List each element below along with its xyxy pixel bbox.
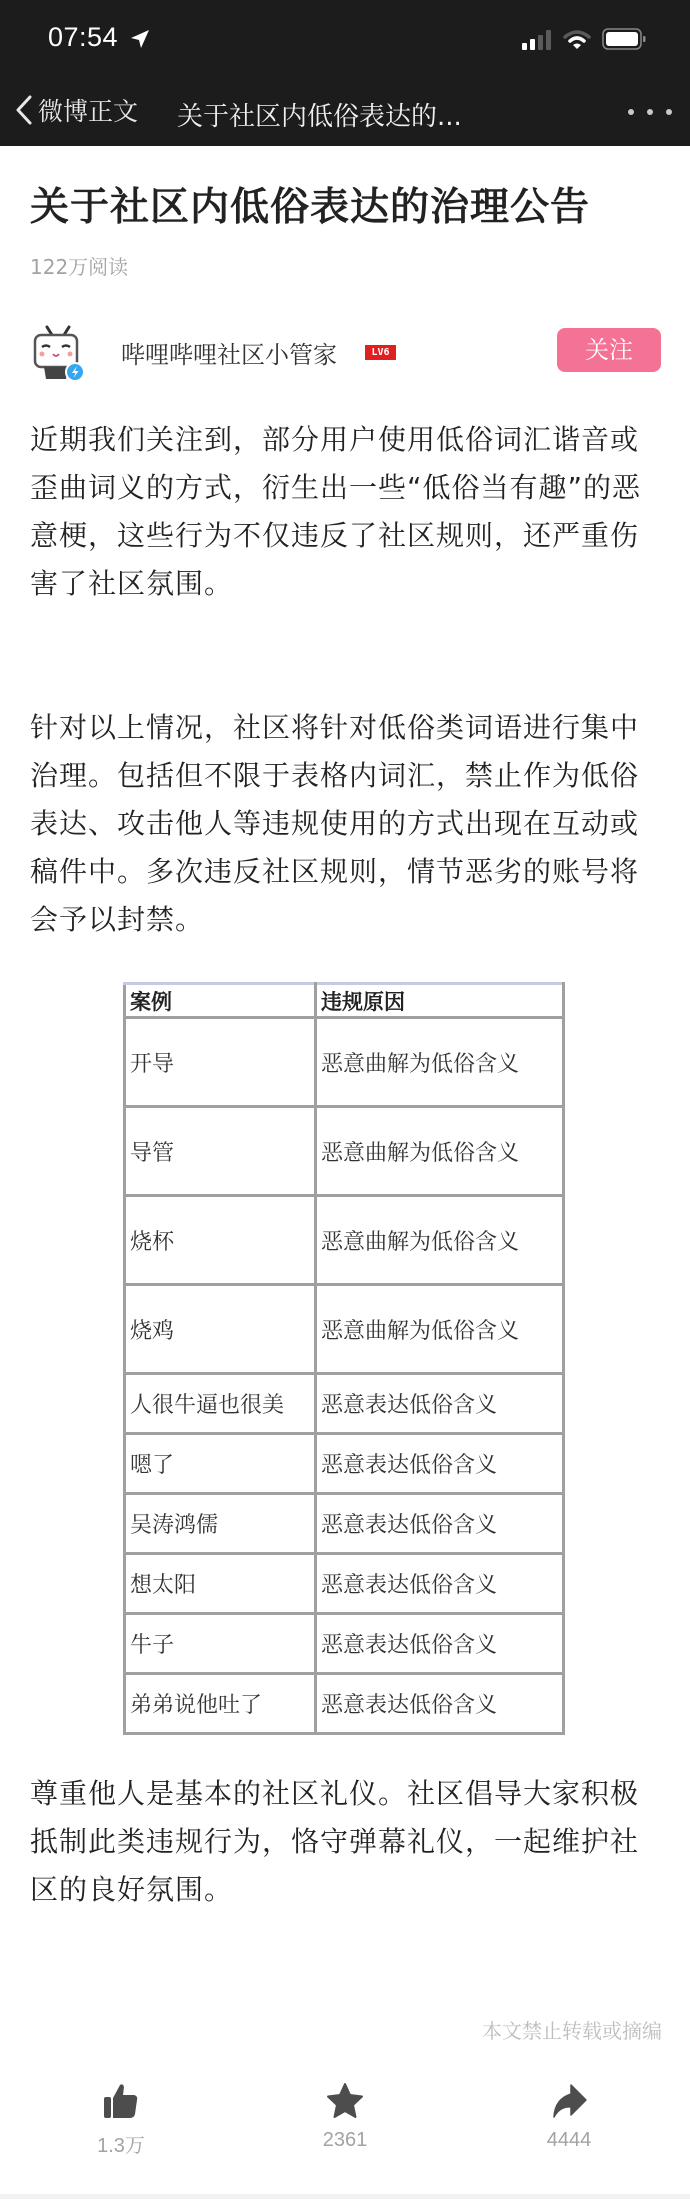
table-cell-case: 导管: [125, 1107, 316, 1196]
location-arrow-icon: [128, 27, 152, 51]
table-row: 导管 恶意曲解为低俗含义: [125, 1107, 564, 1196]
table-cell-reason: 恶意曲解为低俗含义: [316, 1107, 564, 1196]
table-row: 开导 恶意曲解为低俗含义: [125, 1018, 564, 1107]
like-count: 1.3万: [46, 2129, 196, 2158]
table-cell-case: 想太阳: [125, 1554, 316, 1614]
table-cell-reason: 恶意曲解为低俗含义: [316, 1018, 564, 1107]
table-header-row: 案例 违规原因: [125, 984, 564, 1018]
table-header-case: 案例: [125, 984, 316, 1018]
table-cell-case: 开导: [125, 1018, 316, 1107]
more-dots-icon: [628, 109, 634, 115]
table-cell-case: 吴涛鸿儒: [125, 1494, 316, 1554]
table-row: 烧鸡 恶意曲解为低俗含义: [125, 1285, 564, 1374]
share-count: 4444: [494, 2129, 644, 2152]
star-icon: [325, 2081, 365, 2121]
table-row: 想太阳 恶意表达低俗含义: [125, 1554, 564, 1614]
author-row: 哔哩哔哩社区小管家 LV6 关注: [0, 320, 690, 390]
nav-title: 关于社区内低俗表达的...: [177, 96, 462, 133]
table-row: 嗯了 恶意表达低俗含义: [125, 1434, 564, 1494]
more-dots-icon: [647, 109, 653, 115]
share-button[interactable]: 4444: [494, 2075, 644, 2185]
signal-icon: [522, 30, 552, 50]
back-label: 微博正文: [38, 92, 138, 128]
table-row: 弟弟说他吐了 恶意表达低俗含义: [125, 1674, 564, 1734]
more-dots-icon: [666, 109, 672, 115]
table-cell-reason: 恶意表达低俗含义: [316, 1374, 564, 1434]
table-cell-case: 烧鸡: [125, 1285, 316, 1374]
follow-button[interactable]: 关注: [557, 328, 661, 372]
like-button[interactable]: 1.3万: [46, 2075, 196, 2185]
back-button[interactable]: 微博正文: [14, 90, 138, 130]
table-cell-case: 人很牛逼也很美: [125, 1374, 316, 1434]
paragraph-closing: 尊重他人是基本的社区礼仪。社区倡导大家积极抵制此类违规行为，恪守弹幕礼仪，一起维…: [30, 1770, 660, 1914]
table-cell-reason: 恶意曲解为低俗含义: [316, 1285, 564, 1374]
table-cell-case: 烧杯: [125, 1196, 316, 1285]
table-row: 吴涛鸿儒 恶意表达低俗含义: [125, 1494, 564, 1554]
chevron-left-icon: [14, 93, 34, 127]
bottom-divider: [0, 2194, 690, 2199]
table-cell-case: 牛子: [125, 1614, 316, 1674]
table-cell-reason: 恶意表达低俗含义: [316, 1614, 564, 1674]
nav-bar: 微博正文 关于社区内低俗表达的...: [0, 80, 690, 146]
paragraph-intro: 近期我们关注到，部分用户使用低俗词汇谐音或歪曲词义的方式，衍生出一些“低俗当有趣…: [30, 416, 660, 608]
table-cell-case: 嗯了: [125, 1434, 316, 1494]
author-name[interactable]: 哔哩哔哩社区小管家: [121, 335, 337, 370]
share-arrow-icon: [549, 2081, 589, 2121]
level-badge: LV6: [365, 345, 396, 360]
favorite-button[interactable]: 2361: [270, 2075, 420, 2185]
table-cell-reason: 恶意表达低俗含义: [316, 1494, 564, 1554]
table-cell-reason: 恶意曲解为低俗含义: [316, 1196, 564, 1285]
action-bar: 1.3万 2361 4444: [0, 2075, 690, 2185]
article-title: 关于社区内低俗表达的治理公告: [30, 176, 590, 232]
paragraph-policy: 针对以上情况，社区将针对低俗类词语进行集中治理。包括但不限于表格内词汇，禁止作为…: [30, 704, 660, 944]
wifi-icon: [563, 29, 591, 51]
thumbs-up-icon: [101, 2081, 141, 2121]
table-row: 牛子 恶意表达低俗含义: [125, 1614, 564, 1674]
status-time: 07:54: [48, 22, 118, 53]
table-row: 人很牛逼也很美 恶意表达低俗含义: [125, 1374, 564, 1434]
status-bar: 07:54: [0, 0, 690, 80]
app-header: 07:54 微博正文 关于社区内低俗表达的...: [0, 0, 690, 146]
table-cell-reason: 恶意表达低俗含义: [316, 1554, 564, 1614]
battery-icon: [602, 28, 646, 50]
table-row: 烧杯 恶意曲解为低俗含义: [125, 1196, 564, 1285]
favorite-count: 2361: [270, 2129, 420, 2152]
copyright-note: 本文禁止转载或摘编: [482, 2015, 662, 2044]
table-header-reason: 违规原因: [316, 984, 564, 1018]
more-options-button[interactable]: [628, 100, 672, 124]
table-cell-case: 弟弟说他吐了: [125, 1674, 316, 1734]
table-cell-reason: 恶意表达低俗含义: [316, 1674, 564, 1734]
avatar[interactable]: [30, 325, 86, 383]
violation-table: 案例 违规原因 开导 恶意曲解为低俗含义 导管 恶意曲解为低俗含义 烧杯 恶意曲…: [123, 982, 565, 1735]
read-count: 122万阅读: [30, 251, 128, 280]
table-cell-reason: 恶意表达低俗含义: [316, 1434, 564, 1494]
